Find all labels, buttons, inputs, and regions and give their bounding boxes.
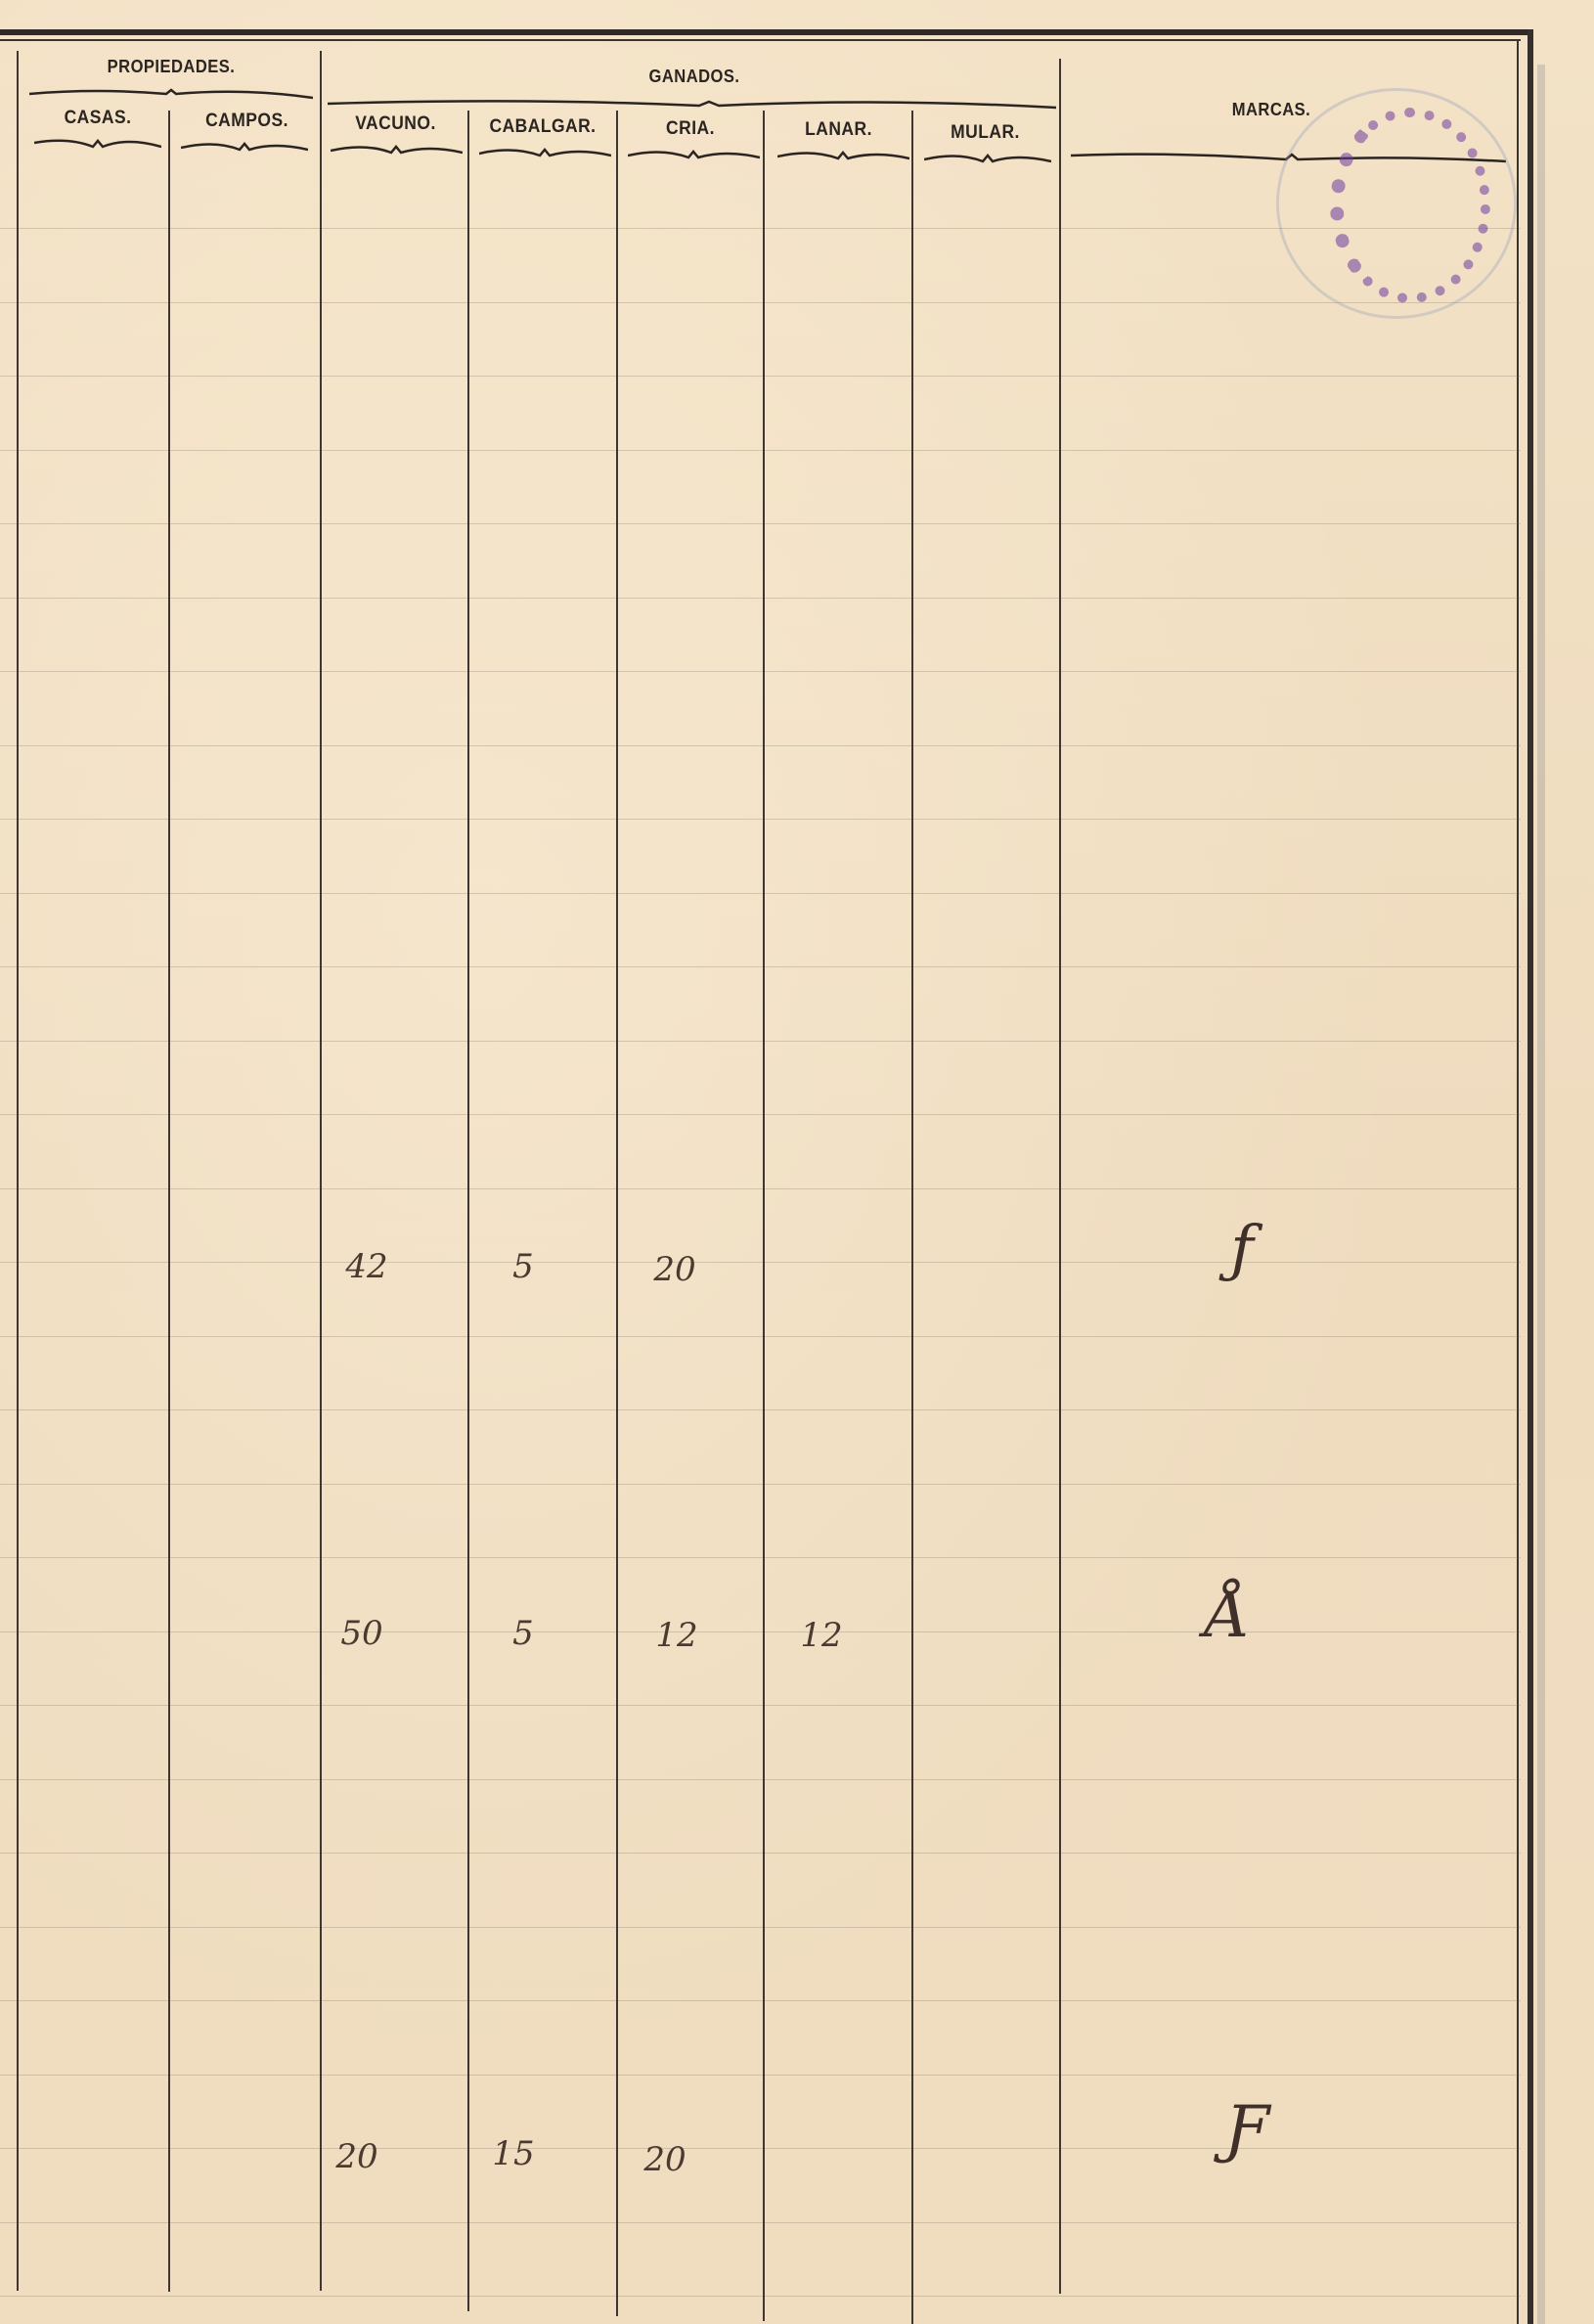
column-header-casas: CASAS. [35,108,161,129]
column-header-lanar: LANAR. [774,119,904,141]
lanar-flourish [777,149,909,162]
horizontal-rule [0,2075,1521,2076]
cabalgar-flourish [479,146,611,159]
horizontal-rule [0,1927,1521,1928]
row1-marca-brand: ƒ [1193,1213,1291,1285]
column-header-cabalgar: CABALGAR. [475,116,610,138]
horizontal-rule [0,1853,1521,1854]
horizontal-rule [0,450,1521,451]
campos-flourish [181,140,308,154]
casas-flourish [34,137,161,151]
right-inner-border [1517,39,1519,2324]
vacuno-flourish [331,143,463,156]
row3-marca-brand: Ƒ [1198,2093,1296,2166]
bleed-through-text [802,298,812,333]
right-bleed-shadow [1537,65,1545,2324]
horizontal-rule [0,1557,1521,1558]
horizontal-rule [0,893,1521,894]
column-header-campos: CAMPOS. [182,111,312,132]
horizontal-rule [0,1484,1521,1485]
horizontal-rule [0,523,1521,524]
header-propiedades: PROPIEDADES. [67,57,275,77]
horizontal-rule [0,1705,1521,1706]
horizontal-rule [0,1188,1521,1189]
row2-lanar: 12 [753,1616,890,1655]
horizontal-rule [0,671,1521,672]
ganados-flourish [328,96,1056,110]
horizontal-rule [0,598,1521,599]
row1-cabalgar: 5 [455,1247,592,1286]
column-header-vacuno: VACUNO. [331,113,461,135]
cria-flourish [628,148,760,161]
row3-cabalgar: 15 [445,2134,582,2173]
column-header-cria: CRIA. [624,118,757,140]
row3-vacuno: 20 [288,2137,425,2176]
official-stamp-ink [1330,108,1490,303]
column-rule-mular-marcas [1059,59,1061,2294]
horizontal-rule [0,745,1521,746]
mular-flourish [924,152,1051,165]
row2-cria: 12 [608,1616,745,1655]
horizontal-rule [0,1336,1521,1337]
row2-marca-brand: Å [1178,1580,1276,1652]
row1-cria: 20 [606,1250,743,1289]
column-header-mular: MULAR. [920,122,1050,144]
row2-vacuno: 50 [293,1614,430,1653]
column-rule-cabalgar-cria [616,111,618,2316]
header-ganados: GANADOS. [596,67,793,87]
propiedades-flourish [29,88,313,102]
horizontal-rule [0,1779,1521,1780]
top-inner-border [0,39,1521,41]
row2-cabalgar: 5 [455,1614,592,1653]
column-rule-left [17,51,19,2291]
column-rule-cria-lanar [763,111,765,2321]
horizontal-rule [0,819,1521,820]
horizontal-rule [0,2222,1521,2223]
horizontal-rule [0,2000,1521,2001]
horizontal-rule [0,1041,1521,1042]
top-border [0,29,1531,35]
row1-vacuno: 42 [298,1247,435,1286]
row3-cria: 20 [597,2140,733,2179]
column-rule-casas-campos [168,111,170,2292]
right-border [1528,29,1533,2324]
horizontal-rule [0,302,1521,303]
horizontal-rule [0,1409,1521,1410]
horizontal-rule [0,1262,1521,1263]
horizontal-rule [0,966,1521,967]
horizontal-rule [0,1114,1521,1115]
column-rule-propiedades-ganados [320,51,322,2291]
horizontal-rule [0,376,1521,377]
column-rule-lanar-mular [911,111,913,2324]
horizontal-rule [0,2296,1521,2297]
ledger-page [0,0,1594,2324]
column-rule-vacuno-cabalgar [467,111,469,2311]
